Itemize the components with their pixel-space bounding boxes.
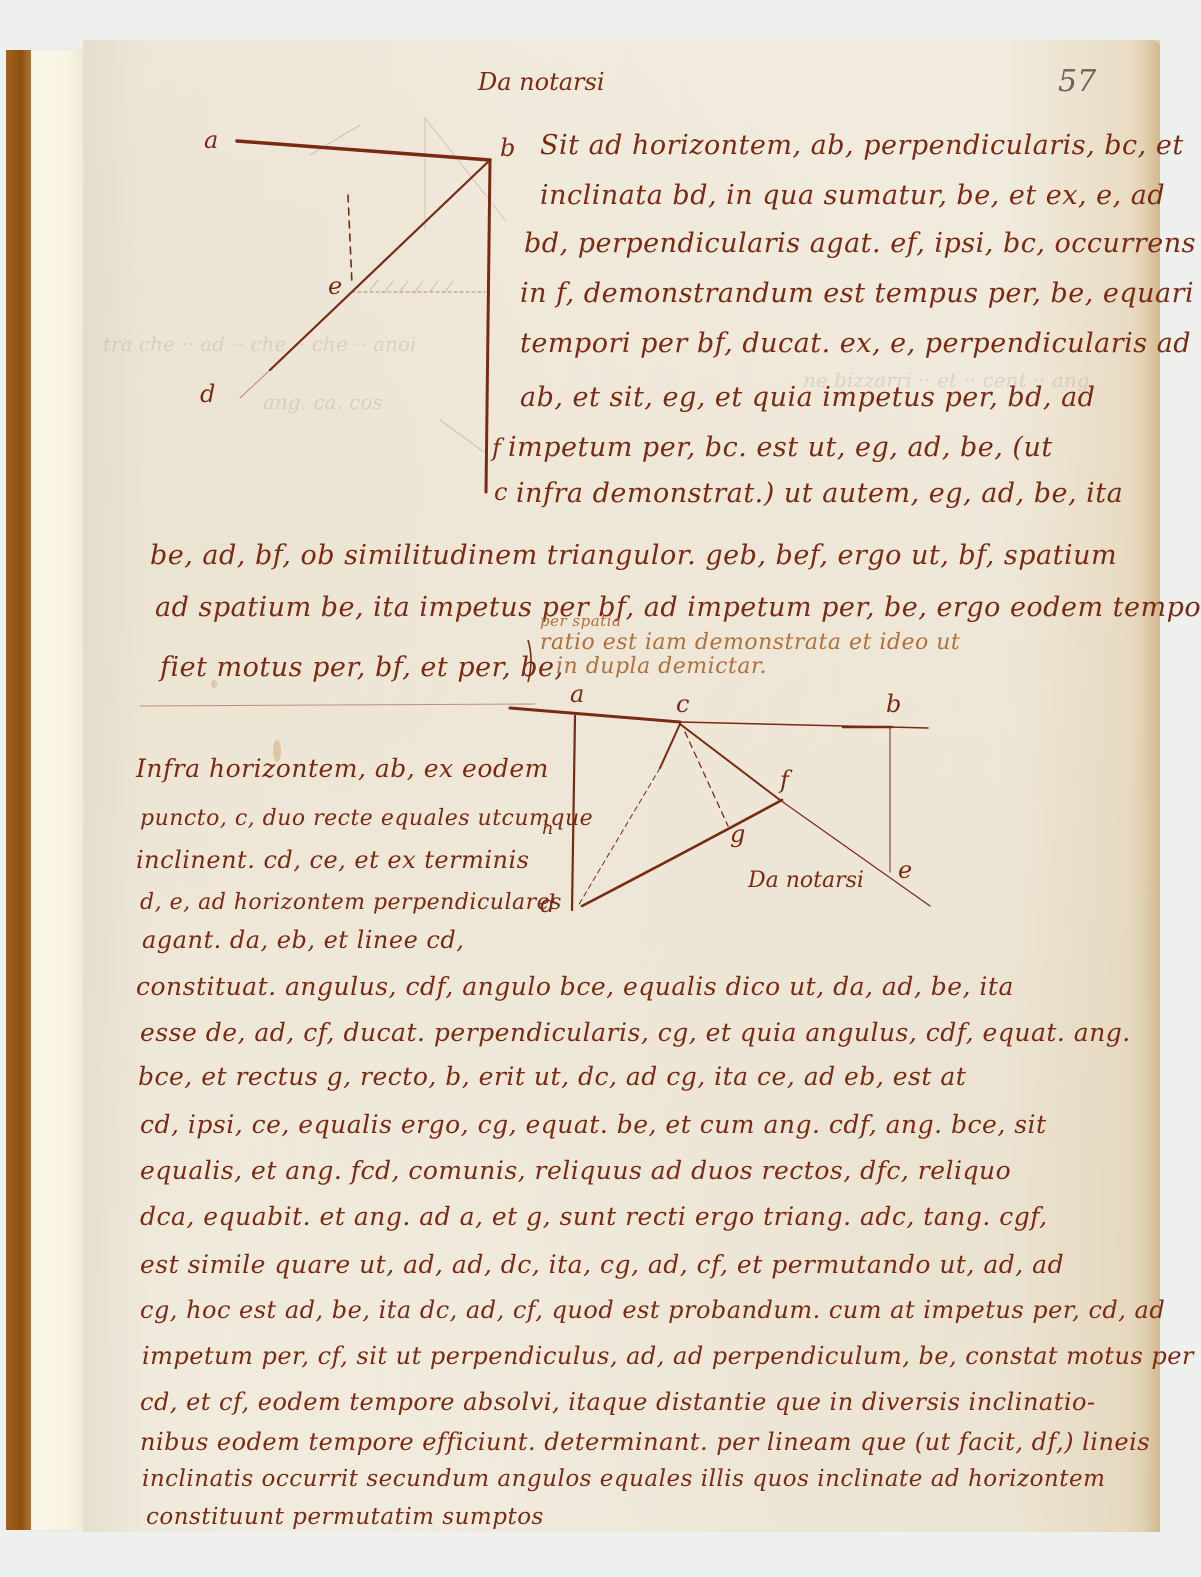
- text-line: constituat. angulus, cdf, angulo bce, eq…: [136, 972, 1014, 1001]
- diagram-2-label-c: c: [676, 690, 689, 718]
- diagram-2-label-g: g: [730, 820, 745, 848]
- diagram-2-label-b: b: [886, 690, 901, 718]
- diagram-inclined-plane-2: [0, 0, 1201, 1577]
- diagram-2-label-e: e: [898, 856, 912, 884]
- text-line: Infra horizontem, ab, ex eodem: [136, 754, 549, 783]
- text-line: puncto, c, duo recte equales utcumque: [140, 806, 593, 831]
- text-line: equalis, et ang. fcd, comunis, reliquus …: [140, 1156, 1011, 1185]
- diagram-2-label-a: a: [570, 680, 584, 708]
- text-line: cg, hoc est ad, be, ita dc, ad, cf, quod…: [140, 1296, 1165, 1324]
- text-line: esse de, ad, cf, ducat. perpendicularis,…: [140, 1018, 1131, 1047]
- text-line: nibus eodem tempore efficiunt. determina…: [140, 1428, 1150, 1456]
- text-line: inclinent. cd, ce, et ex terminis: [136, 846, 529, 874]
- diagram-2-label-f: f: [780, 766, 789, 794]
- text-line: cd, ipsi, ce, equalis ergo, cg, equat. b…: [140, 1110, 1047, 1139]
- text-line: est simile quare ut, ad, ad, dc, ita, cg…: [140, 1250, 1064, 1279]
- text-line: cd, et cf, eodem tempore absolvi, itaque…: [140, 1388, 1096, 1416]
- text-line: d, e, ad horizontem perpendiculares: [140, 890, 562, 915]
- text-line: constituunt permutatim sumptos: [146, 1504, 544, 1530]
- diagram-2-note: Da notarsi: [748, 868, 864, 893]
- text-line: inclinatis occurrit secundum angulos equ…: [142, 1466, 1105, 1492]
- text-line: impetum per, cf, sit ut perpendiculus, a…: [142, 1342, 1194, 1370]
- text-line: agant. da, eb, et linee cd,: [142, 926, 464, 954]
- text-line: bce, et rectus g, recto, b, erit ut, dc,…: [138, 1062, 966, 1091]
- text-line: dca, equabit. et ang. ad a, et g, sunt r…: [140, 1202, 1048, 1231]
